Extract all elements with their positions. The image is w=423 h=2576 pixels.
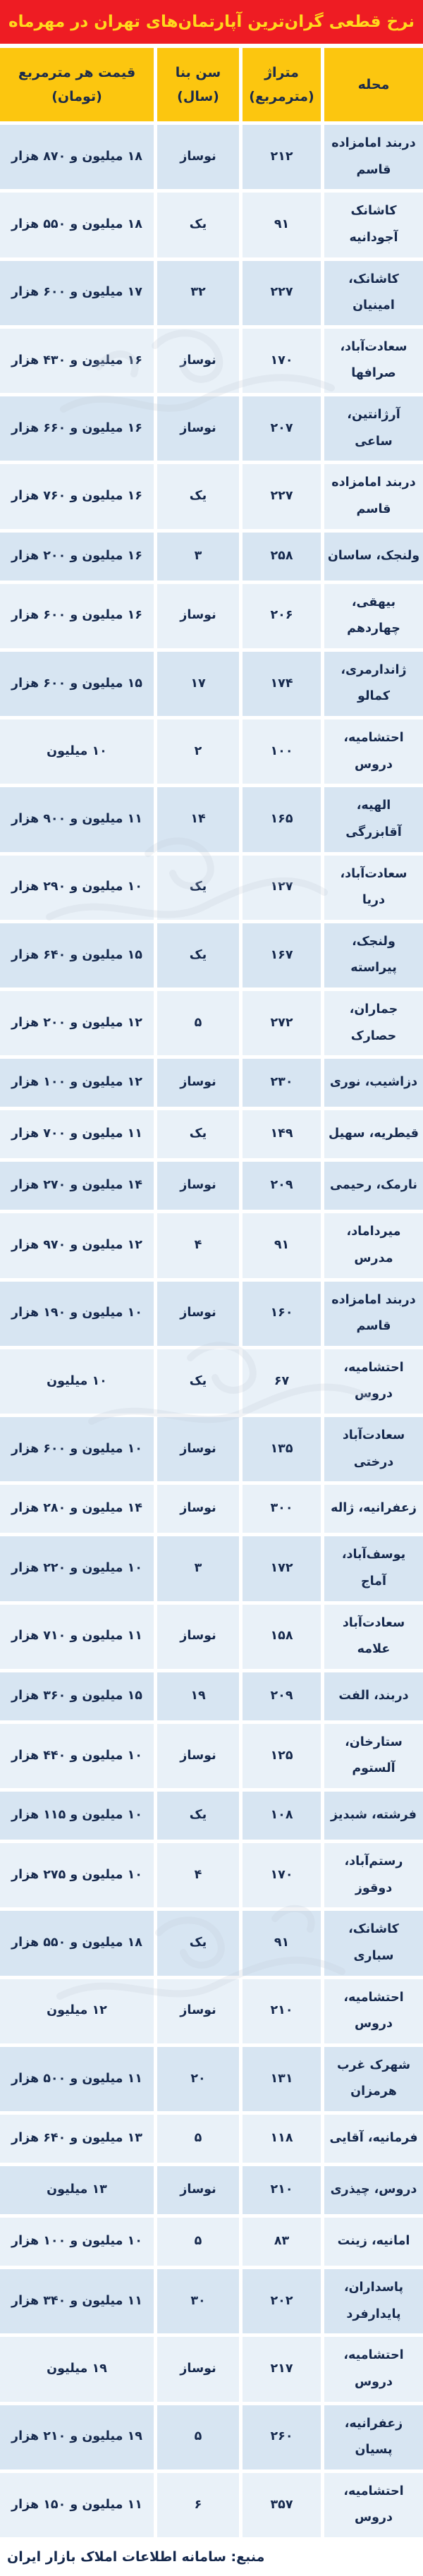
- table-row: یوسف‌آباد، آماج۱۷۲۳۱۰ میلیون و ۲۲۰ هزار: [0, 1536, 423, 1600]
- cell-price: ۱۵ میلیون و ۶۰۰ هزار: [0, 652, 154, 716]
- cell-price: ۱۰ میلیون: [0, 719, 154, 784]
- cell-neighborhood: ولنجک، پیراسته: [324, 923, 423, 988]
- cell-area: ۱۷۴: [243, 652, 321, 716]
- table-row: دربند امامزاده قاسم۱۶۰نوساز۱۰ میلیون و ۱…: [0, 1282, 423, 1346]
- cell-age: ۲۰: [157, 2047, 239, 2111]
- cell-age: ۳۰: [157, 2269, 239, 2333]
- column-label: قیمت هر مترمربع: [18, 65, 135, 80]
- table-row: کاشانک آجودانیه۹۱یک۱۸ میلیون و ۵۵۰ هزار: [0, 193, 423, 257]
- table-row: دربند، الفت۲۰۹۱۹۱۵ میلیون و ۳۶۰ هزار: [0, 1672, 423, 1720]
- column-unit: (تومان): [51, 89, 102, 104]
- cell-neighborhood: میرداماد، مدرس: [324, 1213, 423, 1277]
- cell-neighborhood: فرمانیه، آقایی: [324, 2115, 423, 2163]
- cell-age: ۵: [157, 991, 239, 1055]
- cell-area: ۱۷۰: [243, 1843, 321, 1907]
- table-row: احتشامیه، دروس۱۰۰۲۱۰ میلیون: [0, 719, 423, 784]
- cell-price: ۱۰ میلیون و ۶۰۰ هزار: [0, 1417, 154, 1481]
- source-note: منبع: سامانه اطلاعات املاک بازار ایران: [0, 2541, 423, 2576]
- cell-price: ۱۶ میلیون و ۶۰۰ هزار: [0, 584, 154, 648]
- cell-price: ۱۱ میلیون و ۱۵۰ هزار: [0, 2473, 154, 2537]
- cell-area: ۹۱: [243, 193, 321, 257]
- cell-area: ۳۰۰: [243, 1485, 321, 1533]
- column-header-age: سن بنا (سال): [157, 48, 239, 121]
- cell-neighborhood: ژاندارمری، کمالو: [324, 652, 423, 716]
- table-row: امانیه، زینت۸۳۵۱۰ میلیون و ۱۰۰ هزار: [0, 2218, 423, 2266]
- column-label: متراژ: [264, 65, 299, 80]
- table-body: دربند امامزاده قاسم۲۱۲نوساز۱۸ میلیون و ۸…: [0, 125, 423, 2537]
- cell-area: ۲۰۷: [243, 396, 321, 461]
- cell-area: ۲۳۰: [243, 1059, 321, 1107]
- cell-age: نوساز: [157, 1282, 239, 1346]
- table-row: احتشامیه، دروس۲۱۷نوساز۱۹ میلیون: [0, 2337, 423, 2401]
- cell-age: نوساز: [157, 1485, 239, 1533]
- table-row: میرداماد، مدرس۹۱۴۱۲ میلیون و ۹۷۰ هزار: [0, 1213, 423, 1277]
- column-header-area: متراژ (مترمربع): [243, 48, 321, 121]
- cell-neighborhood: فرشته، شبدیز: [324, 1792, 423, 1840]
- cell-neighborhood: احتشامیه، دروس: [324, 1349, 423, 1414]
- cell-age: ۳: [157, 533, 239, 581]
- cell-area: ۱۵۸: [243, 1605, 321, 1669]
- table-row: دروس، چیذری۲۱۰نوساز۱۳ میلیون: [0, 2166, 423, 2214]
- cell-area: ۲۱۲: [243, 125, 321, 189]
- column-header-neighborhood: محله: [324, 48, 423, 121]
- cell-neighborhood: الهیه، آقابزرگی: [324, 787, 423, 851]
- cell-age: نوساز: [157, 2337, 239, 2401]
- cell-price: ۱۴ میلیون و ۲۷۰ هزار: [0, 1162, 154, 1210]
- cell-age: یک: [157, 856, 239, 920]
- cell-price: ۱۲ میلیون: [0, 1979, 154, 2043]
- cell-price: ۱۷ میلیون و ۶۰۰ هزار: [0, 261, 154, 325]
- cell-neighborhood: بیهقی، چهاردهم: [324, 584, 423, 648]
- column-label: سن بنا: [176, 65, 221, 80]
- column-header-price: قیمت هر مترمربع (تومان): [0, 48, 154, 121]
- cell-age: یک: [157, 1792, 239, 1840]
- cell-neighborhood: جماران، حصارک: [324, 991, 423, 1055]
- cell-neighborhood: دزاشیب، نوری: [324, 1059, 423, 1107]
- cell-price: ۱۳ میلیون و ۶۴۰ هزار: [0, 2115, 154, 2163]
- cell-price: ۱۱ میلیون و ۷۱۰ هزار: [0, 1605, 154, 1669]
- cell-area: ۲۰۹: [243, 1162, 321, 1210]
- cell-age: ۳۲: [157, 261, 239, 325]
- table-row: زعفرانیه، پسیان۲۶۰۵۱۹ میلیون و ۲۱۰ هزار: [0, 2405, 423, 2469]
- cell-area: ۱۰۸: [243, 1792, 321, 1840]
- cell-area: ۱۰۰: [243, 719, 321, 784]
- cell-neighborhood: دربند امامزاده قاسم: [324, 125, 423, 189]
- column-label: محله: [358, 77, 390, 92]
- cell-area: ۹۱: [243, 1213, 321, 1277]
- page-title: نرخ قطعی گران‌ترین آپارتمان‌های تهران در…: [8, 13, 415, 31]
- cell-price: ۱۵ میلیون و ۳۶۰ هزار: [0, 1672, 154, 1720]
- cell-price: ۱۰ میلیون و ۲۲۰ هزار: [0, 1536, 154, 1600]
- table-row: قیطریه، سهیل۱۴۹یک۱۱ میلیون و ۷۰۰ هزار: [0, 1110, 423, 1158]
- title-banner: نرخ قطعی گران‌ترین آپارتمان‌های تهران در…: [0, 0, 423, 44]
- cell-neighborhood: ولنجک، ساسان: [324, 533, 423, 581]
- cell-price: ۱۰ میلیون و ۲۹۰ هزار: [0, 856, 154, 920]
- cell-price: ۱۴ میلیون و ۲۸۰ هزار: [0, 1485, 154, 1533]
- cell-neighborhood: دربند امامزاده قاسم: [324, 464, 423, 528]
- cell-age: یک: [157, 923, 239, 988]
- cell-price: ۱۱ میلیون و ۳۴۰ هزار: [0, 2269, 154, 2333]
- cell-age: نوساز: [157, 125, 239, 189]
- table-row: احتشامیه، دروس۳۵۷۶۱۱ میلیون و ۱۵۰ هزار: [0, 2473, 423, 2537]
- table-row: سعادت‌آباد علامه۱۵۸نوساز۱۱ میلیون و ۷۱۰ …: [0, 1605, 423, 1669]
- cell-price: ۱۲ میلیون و ۱۰۰ هزار: [0, 1059, 154, 1107]
- cell-price: ۱۰ میلیون و ۴۴۰ هزار: [0, 1724, 154, 1788]
- cell-age: نوساز: [157, 1979, 239, 2043]
- cell-price: ۱۹ میلیون و ۲۱۰ هزار: [0, 2405, 154, 2469]
- cell-price: ۱۱ میلیون و ۵۰۰ هزار: [0, 2047, 154, 2111]
- cell-age: ۳: [157, 1536, 239, 1600]
- cell-neighborhood: دربند امامزاده قاسم: [324, 1282, 423, 1346]
- cell-neighborhood: احتشامیه، دروس: [324, 2337, 423, 2401]
- table-row: پاسداران، پایدارفرد۲۰۲۳۰۱۱ میلیون و ۳۴۰ …: [0, 2269, 423, 2333]
- cell-age: ۶: [157, 2473, 239, 2537]
- cell-area: ۱۲۷: [243, 856, 321, 920]
- cell-age: نوساز: [157, 396, 239, 461]
- cell-neighborhood: احتشامیه، دروس: [324, 1979, 423, 2043]
- cell-area: ۲۲۷: [243, 261, 321, 325]
- cell-neighborhood: احتشامیه، دروس: [324, 719, 423, 784]
- table-row: جماران، حصارک۲۷۲۵۱۲ میلیون و ۲۰۰ هزار: [0, 991, 423, 1055]
- cell-area: ۲۱۰: [243, 1979, 321, 2043]
- table-row: ولنجک، پیراسته۱۶۷یک۱۵ میلیون و ۶۴۰ هزار: [0, 923, 423, 988]
- cell-area: ۱۷۰: [243, 329, 321, 393]
- cell-price: ۱۶ میلیون و ۴۳۰ هزار: [0, 329, 154, 393]
- cell-neighborhood: امانیه، زینت: [324, 2218, 423, 2266]
- cell-price: ۱۸ میلیون و ۸۷۰ هزار: [0, 125, 154, 189]
- cell-age: یک: [157, 1110, 239, 1158]
- cell-area: ۲۶۰: [243, 2405, 321, 2469]
- table-row: رستم‌آباد، دوقوز۱۷۰۴۱۰ میلیون و ۲۷۵ هزار: [0, 1843, 423, 1907]
- table-row: شهرک غرب هرمزان۱۳۱۲۰۱۱ میلیون و ۵۰۰ هزار: [0, 2047, 423, 2111]
- cell-price: ۱۶ میلیون و ۲۰۰ هزار: [0, 533, 154, 581]
- cell-price: ۱۸ میلیون و ۵۵۰ هزار: [0, 193, 154, 257]
- cell-neighborhood: کاشانک، سباری: [324, 1911, 423, 1975]
- cell-price: ۱۱ میلیون و ۷۰۰ هزار: [0, 1110, 154, 1158]
- cell-neighborhood: احتشامیه، دروس: [324, 2473, 423, 2537]
- table-row: ولنجک، ساسان۲۵۸۳۱۶ میلیون و ۲۰۰ هزار: [0, 533, 423, 581]
- table-row: فرمانیه، آقایی۱۱۸۵۱۳ میلیون و ۶۴۰ هزار: [0, 2115, 423, 2163]
- cell-neighborhood: سعادت‌آباد، صرافها: [324, 329, 423, 393]
- table-row: دربند امامزاده قاسم۲۱۲نوساز۱۸ میلیون و ۸…: [0, 125, 423, 189]
- cell-neighborhood: آرژانتین، ساعی: [324, 396, 423, 461]
- table-row: ستارخان، آلستوم۱۲۵نوساز۱۰ میلیون و ۴۴۰ ه…: [0, 1724, 423, 1788]
- cell-area: ۳۵۷: [243, 2473, 321, 2537]
- cell-age: ۵: [157, 2115, 239, 2163]
- cell-age: نوساز: [157, 1417, 239, 1481]
- cell-price: ۱۱ میلیون و ۹۰۰ هزار: [0, 787, 154, 851]
- cell-age: یک: [157, 193, 239, 257]
- cell-neighborhood: سعادت‌آباد علامه: [324, 1605, 423, 1669]
- cell-age: ۱۴: [157, 787, 239, 851]
- cell-age: نوساز: [157, 1605, 239, 1669]
- cell-neighborhood: ستارخان، آلستوم: [324, 1724, 423, 1788]
- cell-price: ۱۲ میلیون و ۲۰۰ هزار: [0, 991, 154, 1055]
- cell-age: یک: [157, 1349, 239, 1414]
- table-row: زعفرانیه، ژاله۳۰۰نوساز۱۴ میلیون و ۲۸۰ هز…: [0, 1485, 423, 1533]
- cell-neighborhood: دروس، چیذری: [324, 2166, 423, 2214]
- cell-neighborhood: سعادت‌آباد درختی: [324, 1417, 423, 1481]
- cell-price: ۱۶ میلیون و ۷۶۰ هزار: [0, 464, 154, 528]
- cell-price: ۱۰ میلیون: [0, 1349, 154, 1414]
- table-row: دربند امامزاده قاسم۲۲۷یک۱۶ میلیون و ۷۶۰ …: [0, 464, 423, 528]
- cell-area: ۱۶۷: [243, 923, 321, 988]
- cell-age: ۵: [157, 2218, 239, 2266]
- cell-neighborhood: دربند، الفت: [324, 1672, 423, 1720]
- cell-area: ۱۷۲: [243, 1536, 321, 1600]
- cell-area: ۲۱۰: [243, 2166, 321, 2214]
- cell-area: ۱۳۵: [243, 1417, 321, 1481]
- cell-neighborhood: کاشانک آجودانیه: [324, 193, 423, 257]
- cell-neighborhood: نارمک، رحیمی: [324, 1162, 423, 1210]
- table-row: احتشامیه، دروس۲۱۰نوساز۱۲ میلیون: [0, 1979, 423, 2043]
- table-row: احتشامیه، دروس۶۷یک۱۰ میلیون: [0, 1349, 423, 1414]
- cell-neighborhood: یوسف‌آباد، آماج: [324, 1536, 423, 1600]
- cell-age: نوساز: [157, 1059, 239, 1107]
- cell-area: ۱۴۹: [243, 1110, 321, 1158]
- cell-price: ۱۹ میلیون: [0, 2337, 154, 2401]
- cell-age: نوساز: [157, 584, 239, 648]
- cell-area: ۲۰۶: [243, 584, 321, 648]
- table-row: نارمک، رحیمی۲۰۹نوساز۱۴ میلیون و ۲۷۰ هزار: [0, 1162, 423, 1210]
- cell-neighborhood: شهرک غرب هرمزان: [324, 2047, 423, 2111]
- cell-age: نوساز: [157, 1724, 239, 1788]
- table-row: سعادت‌آباد، دریا۱۲۷یک۱۰ میلیون و ۲۹۰ هزا…: [0, 856, 423, 920]
- cell-price: ۱۲ میلیون و ۹۷۰ هزار: [0, 1213, 154, 1277]
- cell-area: ۱۶۵: [243, 787, 321, 851]
- cell-neighborhood: کاشانک، امینیان: [324, 261, 423, 325]
- cell-price: ۱۰ میلیون و ۱۰۰ هزار: [0, 2218, 154, 2266]
- table-row: کاشانک، سباری۹۱یک۱۸ میلیون و ۵۵۰ هزار: [0, 1911, 423, 1975]
- cell-age: یک: [157, 464, 239, 528]
- cell-price: ۱۰ میلیون و ۱۱۵ هزار: [0, 1792, 154, 1840]
- column-unit: (مترمربع): [249, 89, 314, 104]
- cell-age: نوساز: [157, 1162, 239, 1210]
- cell-neighborhood: سعادت‌آباد، دریا: [324, 856, 423, 920]
- cell-age: ۱۷: [157, 652, 239, 716]
- cell-price: ۱۰ میلیون و ۲۷۵ هزار: [0, 1843, 154, 1907]
- table-row: بیهقی، چهاردهم۲۰۶نوساز۱۶ میلیون و ۶۰۰ هز…: [0, 584, 423, 648]
- column-unit: (سال): [177, 89, 219, 104]
- cell-area: ۹۱: [243, 1911, 321, 1975]
- cell-area: ۲۲۷: [243, 464, 321, 528]
- cell-price: ۱۰ میلیون و ۱۹۰ هزار: [0, 1282, 154, 1346]
- cell-neighborhood: زعفرانیه، پسیان: [324, 2405, 423, 2469]
- cell-price: ۱۵ میلیون و ۶۴۰ هزار: [0, 923, 154, 988]
- cell-price: ۱۸ میلیون و ۵۵۰ هزار: [0, 1911, 154, 1975]
- cell-neighborhood: رستم‌آباد، دوقوز: [324, 1843, 423, 1907]
- table-header: محله متراژ (مترمربع) سن بنا (سال) قیمت ه…: [0, 48, 423, 121]
- table-row: کاشانک، امینیان۲۲۷۳۲۱۷ میلیون و ۶۰۰ هزار: [0, 261, 423, 325]
- cell-area: ۲۱۷: [243, 2337, 321, 2401]
- cell-age: ۵: [157, 2405, 239, 2469]
- cell-age: نوساز: [157, 2166, 239, 2214]
- cell-area: ۱۶۰: [243, 1282, 321, 1346]
- table-row: سعادت‌آباد درختی۱۳۵نوساز۱۰ میلیون و ۶۰۰ …: [0, 1417, 423, 1481]
- cell-age: یک: [157, 1911, 239, 1975]
- table-row: فرشته، شبدیز۱۰۸یک۱۰ میلیون و ۱۱۵ هزار: [0, 1792, 423, 1840]
- cell-area: ۲۵۸: [243, 533, 321, 581]
- cell-price: ۱۳ میلیون: [0, 2166, 154, 2214]
- cell-area: ۲۷۲: [243, 991, 321, 1055]
- cell-area: ۱۳۱: [243, 2047, 321, 2111]
- cell-area: ۸۳: [243, 2218, 321, 2266]
- cell-neighborhood: پاسداران، پایدارفرد: [324, 2269, 423, 2333]
- tehran-apartment-price-table: نرخ قطعی گران‌ترین آپارتمان‌های تهران در…: [0, 0, 423, 2576]
- cell-age: ۱۹: [157, 1672, 239, 1720]
- cell-area: ۱۲۵: [243, 1724, 321, 1788]
- table-row: دزاشیب، نوری۲۳۰نوساز۱۲ میلیون و ۱۰۰ هزار: [0, 1059, 423, 1107]
- cell-price: ۱۶ میلیون و ۶۶۰ هزار: [0, 396, 154, 461]
- cell-age: ۴: [157, 1213, 239, 1277]
- cell-neighborhood: قیطریه، سهیل: [324, 1110, 423, 1158]
- cell-area: ۶۷: [243, 1349, 321, 1414]
- cell-age: ۲: [157, 719, 239, 784]
- table-row: ژاندارمری، کمالو۱۷۴۱۷۱۵ میلیون و ۶۰۰ هزا…: [0, 652, 423, 716]
- table-row: الهیه، آقابزرگی۱۶۵۱۴۱۱ میلیون و ۹۰۰ هزار: [0, 787, 423, 851]
- cell-area: ۲۰۲: [243, 2269, 321, 2333]
- cell-age: ۴: [157, 1843, 239, 1907]
- cell-neighborhood: زعفرانیه، ژاله: [324, 1485, 423, 1533]
- table-row: آرژانتین، ساعی۲۰۷نوساز۱۶ میلیون و ۶۶۰ هز…: [0, 396, 423, 461]
- table-row: سعادت‌آباد، صرافها۱۷۰نوساز۱۶ میلیون و ۴۳…: [0, 329, 423, 393]
- cell-age: نوساز: [157, 329, 239, 393]
- cell-area: ۲۰۹: [243, 1672, 321, 1720]
- cell-area: ۱۱۸: [243, 2115, 321, 2163]
